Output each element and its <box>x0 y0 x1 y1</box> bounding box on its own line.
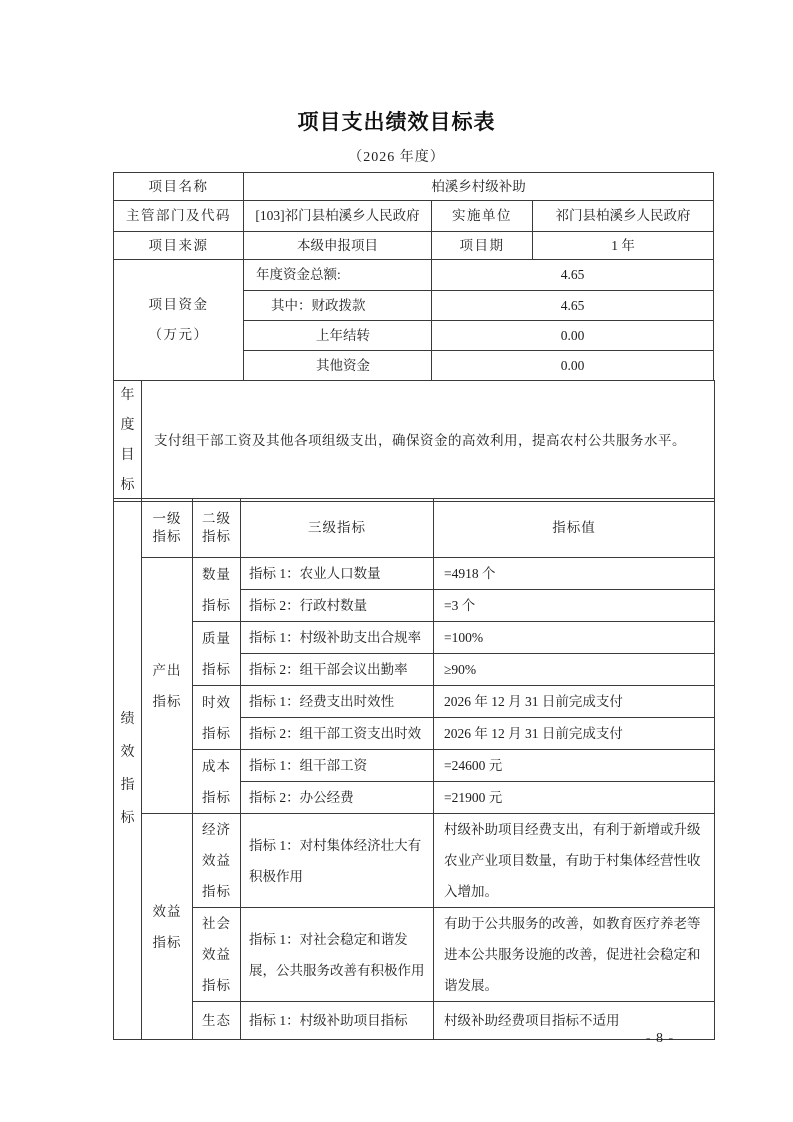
side-char: 绩 <box>121 703 135 736</box>
level1-output: 产出 指标 <box>142 558 193 814</box>
funding-label-lines: 项目资金 （万元） <box>114 290 243 350</box>
impl-unit-value: 祁门县柏溪乡人民政府 <box>533 201 714 232</box>
source-label: 项目来源 <box>114 232 244 260</box>
header-level2: 二级 指标 <box>193 499 241 558</box>
level2-quality: 质量 指标 <box>193 622 241 686</box>
table-row: 产出 指标 数量 指标 指标 1：农业人口数量 =4918 个 <box>114 558 715 590</box>
goal-char: 目 <box>121 441 135 471</box>
indicator-l3: 指标 2：组干部会议出勤率 <box>241 654 434 686</box>
table-row: 效益 指标 经济 效益 指标 指标 1：对村集体经济壮大有积极作用 村级补助项目… <box>114 814 715 908</box>
table-row: 年 度 目 标 支付组干部工资及其他各项组级支出，确保资金的高效利用，提高农村公… <box>114 381 715 502</box>
table-row: 主管部门及代码 [103]祁门县柏溪乡人民政府 实施单位 祁门县柏溪乡人民政府 <box>114 201 714 232</box>
annual-goal-table: 年 度 目 标 支付组干部工资及其他各项组级支出，确保资金的高效利用，提高农村公… <box>113 380 715 502</box>
indicator-value: 村级补助项目经费支出，有利于新增或升级农业产业项目数量，有助于村集体经营性收入增… <box>434 814 715 908</box>
period-label: 项目期 <box>432 232 533 260</box>
indicator-l3: 指标 1：对村集体经济壮大有积极作用 <box>241 814 434 908</box>
funding-total-value: 4.65 <box>432 260 714 291</box>
indicators-table: 绩 效 指 标 一级 指标 二级 指标 三级指标 指标值 产出 指标 数量 指标… <box>113 498 715 1040</box>
level2-cost: 成本 指标 <box>193 750 241 814</box>
indicators-side-label-vertical: 绩 效 指 标 <box>114 703 141 835</box>
indicator-value: 2026 年 12 月 31 日前完成支付 <box>434 686 715 718</box>
header-level1: 一级 指标 <box>142 499 193 558</box>
funding-label: 项目资金 （万元） <box>114 260 244 381</box>
funding-carryover-value: 0.00 <box>432 321 714 351</box>
indicator-value: 有助于公共服务的改善，如教育医疗养老等进本公共服务设施的改善，促进社会稳定和谐发… <box>434 908 715 1002</box>
indicator-l3: 指标 1：经费支出时效性 <box>241 686 434 718</box>
indicator-value: =4918 个 <box>434 558 715 590</box>
table-row: 时效 指标 指标 1：经费支出时效性 2026 年 12 月 31 日前完成支付 <box>114 686 715 718</box>
header-value: 指标值 <box>434 499 715 558</box>
project-info-table: 项目名称 柏溪乡村级补助 主管部门及代码 [103]祁门县柏溪乡人民政府 实施单… <box>113 172 714 381</box>
period-value: 1 年 <box>533 232 714 260</box>
funding-fiscal-value: 4.65 <box>432 291 714 321</box>
side-char: 标 <box>121 802 135 835</box>
page-number: - 8 - <box>620 1031 700 1047</box>
funding-total-label: 年度资金总额: <box>244 260 432 291</box>
indicators-side-label: 绩 效 指 标 <box>114 499 142 1040</box>
dept-label: 主管部门及代码 <box>114 201 244 232</box>
indicator-value: 2026 年 12 月 31 日前完成支付 <box>434 718 715 750</box>
indicator-l3: 指标 1：村级补助支出合规率 <box>241 622 434 654</box>
indicator-value: =24600 元 <box>434 750 715 782</box>
annual-goal-label: 年 度 目 标 <box>114 381 142 502</box>
goal-char: 度 <box>121 411 135 441</box>
funding-label-line2: （万元） <box>149 320 209 350</box>
indicator-value: ≥90% <box>434 654 715 686</box>
indicator-l3: 指标 1：对社会稳定和谐发展，公共服务改善有积极作用 <box>241 908 434 1002</box>
table-row: 社会 效益 指标 指标 1：对社会稳定和谐发展，公共服务改善有积极作用 有助于公… <box>114 908 715 1002</box>
project-name-label: 项目名称 <box>114 173 244 201</box>
table-row: 项目资金 （万元） 年度资金总额: 4.65 <box>114 260 714 291</box>
funding-other-label: 其他资金 <box>244 351 432 381</box>
funding-carryover-label: 上年结转 <box>244 321 432 351</box>
goal-char: 标 <box>121 471 135 501</box>
project-name-value: 柏溪乡村级补助 <box>244 173 714 201</box>
document-page: 项目支出绩效目标表 （2026 年度） 项目名称 柏溪乡村级补助 主管部门及代码… <box>0 0 793 1122</box>
level1-benefit: 效益 指标 <box>142 814 193 1040</box>
annual-goal-text: 支付组干部工资及其他各项组级支出，确保资金的高效利用，提高农村公共服务水平。 <box>142 381 715 502</box>
indicator-value: =21900 元 <box>434 782 715 814</box>
table-row: 项目来源 本级申报项目 项目期 1 年 <box>114 232 714 260</box>
indicator-l3: 指标 1：组干部工资 <box>241 750 434 782</box>
funding-fiscal-label: 其中：财政拨款 <box>244 291 432 321</box>
impl-unit-label: 实施单位 <box>432 201 533 232</box>
indicator-value: =100% <box>434 622 715 654</box>
indicator-l3: 指标 1：农业人口数量 <box>241 558 434 590</box>
page-subtitle: （2026 年度） <box>0 146 793 166</box>
indicator-l3: 指标 1：村级补助项目指标 <box>241 1002 434 1040</box>
level2-ecological: 生态 <box>193 1002 241 1040</box>
header-level3: 三级指标 <box>241 499 434 558</box>
table-row: 质量 指标 指标 1：村级补助支出合规率 =100% <box>114 622 715 654</box>
side-char: 效 <box>121 736 135 769</box>
level2-economic: 经济 效益 指标 <box>193 814 241 908</box>
annual-goal-label-vertical: 年 度 目 标 <box>114 381 141 501</box>
table-row: 成本 指标 指标 1：组干部工资 =24600 元 <box>114 750 715 782</box>
side-char: 指 <box>121 769 135 802</box>
level2-social: 社会 效益 指标 <box>193 908 241 1002</box>
source-value: 本级申报项目 <box>244 232 432 260</box>
level2-quantity: 数量 指标 <box>193 558 241 622</box>
table-row: 项目名称 柏溪乡村级补助 <box>114 173 714 201</box>
indicators-header-row: 绩 效 指 标 一级 指标 二级 指标 三级指标 指标值 <box>114 499 715 558</box>
goal-char: 年 <box>121 381 135 411</box>
indicator-value: =3 个 <box>434 590 715 622</box>
funding-other-value: 0.00 <box>432 351 714 381</box>
page-title: 项目支出绩效目标表 <box>0 106 793 136</box>
indicator-l3: 指标 2：组干部工资支出时效 <box>241 718 434 750</box>
level2-timeliness: 时效 指标 <box>193 686 241 750</box>
dept-value: [103]祁门县柏溪乡人民政府 <box>244 201 432 232</box>
funding-label-line1: 项目资金 <box>149 290 209 320</box>
indicator-l3: 指标 2：行政村数量 <box>241 590 434 622</box>
indicator-l3: 指标 2：办公经费 <box>241 782 434 814</box>
